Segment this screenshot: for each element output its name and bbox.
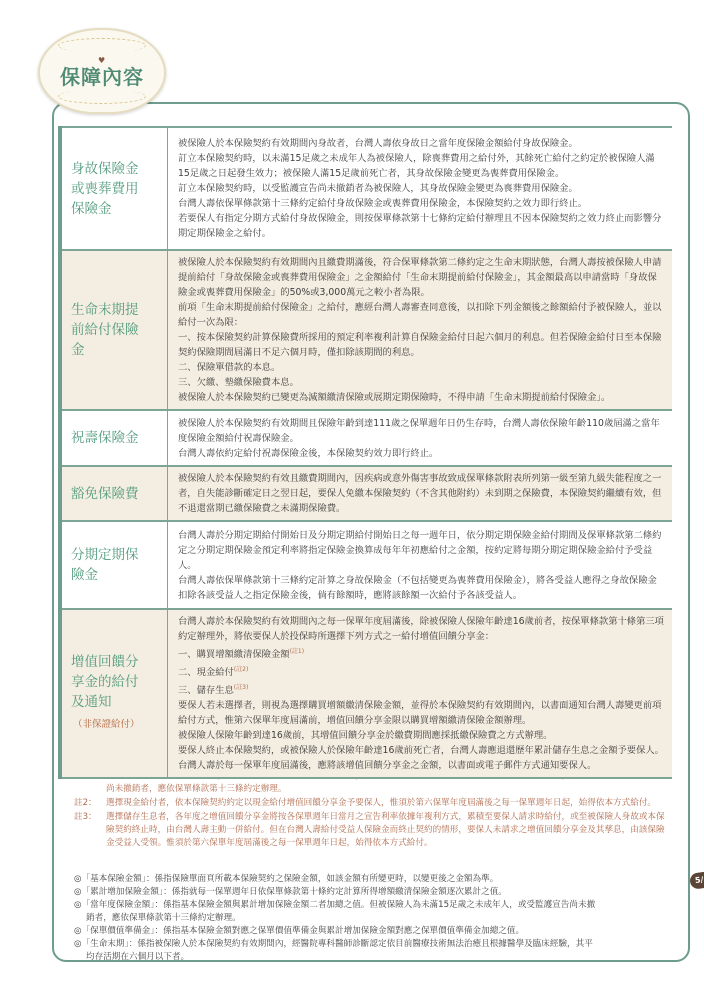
desc-paragraph: 被保險人保險年齡到達16歲前，其增值回饋分享金於繳費期間應採抵繳保險費之方式辦理… bbox=[178, 728, 664, 743]
desc-paragraph: 台灣人壽依保單條款第十三條約定計算之身故保險金（不包括變更為喪葬費用保險金），將… bbox=[178, 573, 664, 603]
desc-paragraph: 台灣人壽依保單條款第十三條約定給付身故保險金或喪葬費用保險金，本保險契約之效力即… bbox=[178, 196, 664, 211]
bullet-icon: ◎ bbox=[74, 874, 82, 884]
footnote-mark: (註1) bbox=[290, 648, 305, 655]
table-row: 身故保險金 或喪葬費用 保險金 被保險人於本保險契約有效期間內身故者，台灣人壽依… bbox=[60, 127, 672, 250]
row-label: 增值回饋分 享金的給付 及通知 （非保證給付） bbox=[60, 609, 168, 778]
row-label: 生命末期提 前給付保險 金 bbox=[60, 250, 168, 410]
footnote-key: 註2： bbox=[74, 797, 106, 810]
definition-item: ◎「生命末期」：係指被保險人於本保險契約有效期間內，經醫院專科醫師診斷認定依目前… bbox=[74, 938, 674, 964]
label-line: 祝壽保險金 bbox=[71, 430, 139, 446]
definition-term: 「累計增加保險金額」 bbox=[82, 887, 164, 897]
definition-item: ◎「保單價值準備金」：係指基本保險金額對應之保單價值準備金與累計增加保險金額對應… bbox=[74, 925, 674, 938]
definition-term: 「基本保險金額」 bbox=[82, 874, 146, 884]
option-item: 二、現金給付(註2) bbox=[178, 662, 664, 680]
label-line: 及通知 bbox=[71, 694, 112, 710]
definition-term: 「保單價值準備金」 bbox=[82, 926, 155, 936]
non-guaranteed-note: （非保證給付） bbox=[71, 715, 163, 735]
footnote-mark: (註3) bbox=[234, 684, 249, 691]
label-line: 分期定期保 bbox=[71, 547, 139, 563]
definition-term: 「生命末期」 bbox=[82, 939, 129, 949]
definition-text: ：係指被保險人於本保險契約有效期間內，經醫院專科醫師診斷認定依目前醫療技術無法治… bbox=[129, 939, 593, 949]
desc-paragraph: 被保險人於本保險契約有效期間且保險年齡到達111歲之保單週年日仍生存時，台灣人壽… bbox=[178, 416, 664, 446]
label-line: 保險金 bbox=[71, 201, 112, 217]
definition-item: ◎「基本保險金額」：係指保險單面頁所載本保險契約之保險金額，如該金額有所變更時，… bbox=[74, 873, 674, 886]
label-line: 豁免保險費 bbox=[71, 486, 139, 502]
table-row: 祝壽保險金 被保險人於本保險契約有效期間且保險年齡到達111歲之保單週年日仍生存… bbox=[60, 410, 672, 466]
label-line: 前給付保險 bbox=[71, 322, 139, 338]
definitions: ◎「基本保險金額」：係指保險單面頁所載本保險契約之保險金額，如該金額有所變更時，… bbox=[74, 873, 674, 964]
desc-paragraph: 一、按本保險契約計算保險費所採用的預定利率複利計算自保險金給付日起六個月的利息。… bbox=[178, 330, 664, 360]
desc-paragraph: 台灣人壽於每一保單年度屆滿後，應將該增值回饋分享金之金額，以書面或電子郵件方式通… bbox=[178, 758, 664, 773]
bullet-icon: ◎ bbox=[74, 926, 82, 936]
option-item: 一、購買增額繳清保險金額(註1) bbox=[178, 644, 664, 662]
bullet-icon: ◎ bbox=[74, 887, 82, 897]
desc-paragraph: 前項「生命末期提前給付保險金」之給付，應經台灣人壽審查同意後，以扣除下列金額後之… bbox=[178, 300, 664, 330]
benefits-table: 身故保險金 或喪葬費用 保險金 被保險人於本保險契約有效期間內身故者，台灣人壽依… bbox=[58, 126, 672, 779]
footnote-2: 註2： 選擇現金給付者，依本保險契約約定以現金給付增值回饋分享金予要保人，惟須於… bbox=[74, 797, 670, 810]
footnote-text: 選擇儲存生息者，各年度之增值回饋分享金將按各保單週年日當月之宣告利率依據年複利方… bbox=[106, 811, 670, 850]
row-description: 被保險人於本保險契約有效期間內身故者，台灣人壽依身故日之當年度保險金額給付身故保… bbox=[168, 127, 673, 250]
definition-continuation: 均存活期在六個月以下者。 bbox=[74, 951, 674, 964]
footnotes: 註1： 選擇購買增額繳清保險金額者，以增值回饋分享金為躉繳純保險費，計算自該保單… bbox=[74, 770, 670, 851]
row-description: 被保險人於本保險契約有效期間內且繳費期滿後，符合保單條款第二條約定之生命末期狀態… bbox=[168, 250, 673, 410]
label-line: 生命末期提 bbox=[71, 302, 139, 318]
page-number-tab: 5/ bbox=[689, 870, 704, 890]
definition-text: ：係指基本保險金額對應之保單價值準備金與累計增加保險金額對應之保單價值準備金加總… bbox=[155, 926, 525, 936]
row-description: 台灣人壽於本保險契約有效期間內之每一保單年度屆滿後，除被保險人保險年齡達16歲前… bbox=[168, 609, 673, 778]
desc-paragraph: 若要保人有指定分期方式給付身故保險金，則按保單條款第十七條約定給付辦理且不因本保… bbox=[178, 211, 664, 241]
desc-paragraph: 被保險人於本保險契約有效且繳費期間內，因疾病或意外傷害事故致成保單條款附表所列第… bbox=[178, 471, 664, 516]
definition-item: ◎「累計增加保險金額」：係指就每一保單週年日依保單條款第十條約定計算所得增額繳清… bbox=[74, 886, 674, 899]
label-line: 享金的給付 bbox=[71, 674, 139, 690]
table-row: 生命末期提 前給付保險 金 被保險人於本保險契約有效期間內且繳費期滿後，符合保單… bbox=[60, 250, 672, 410]
option-item: 三、儲存生息(註3) bbox=[178, 680, 664, 698]
footnote-key: 註3： bbox=[74, 811, 106, 850]
ornament-heart-icon: ♥ bbox=[98, 56, 105, 65]
footnote-text: 選擇現金給付者，依本保險契約約定以現金給付增值回饋分享金予要保人，惟須於第六保單… bbox=[106, 797, 656, 810]
desc-paragraph: 台灣人壽依約定給付祝壽保險金後，本保險契約效力即行終止。 bbox=[178, 446, 664, 461]
desc-paragraph: 被保險人於本保險契約已變更為減額繳清保險或展期定期保險時，不得申請「生命末期提前… bbox=[178, 390, 664, 405]
bullet-icon: ◎ bbox=[74, 900, 82, 910]
label-line: 金 bbox=[71, 342, 85, 358]
section-title-badge: ♥ 保障內容 bbox=[38, 28, 166, 114]
row-description: 被保險人於本保險契約有效期間且保險年齡到達111歲之保單週年日仍生存時，台灣人壽… bbox=[168, 410, 673, 466]
option-label: 三、儲存生息 bbox=[178, 685, 234, 696]
option-label: 二、現金給付 bbox=[178, 667, 234, 678]
row-description: 台灣人壽於分期定期給付開始日及分期定期給付開始日之每一週年日，依分期定期保險金給… bbox=[168, 521, 673, 609]
definition-item: ◎「當年度保險金額」：係指基本保險金額與累計增加保險金額二者加總之值。但被保險人… bbox=[74, 899, 674, 925]
desc-paragraph: 訂立本保險契約時，以未滿15足歲之未成年人為被保險人，除喪葬費用之給付外，其餘死… bbox=[178, 151, 664, 181]
desc-paragraph: 被保險人於本保險契約有效期間內身故者，台灣人壽依身故日之當年度保險金額給付身故保… bbox=[178, 136, 664, 151]
label-line: 身故保險金 bbox=[71, 161, 139, 177]
table-row: 豁免保險費 被保險人於本保險契約有效且繳費期間內，因疾病或意外傷害事故致成保單條… bbox=[60, 466, 672, 521]
desc-paragraph: 台灣人壽於本保險契約有效期間內之每一保單年度屆滿後，除被保險人保險年齡達16歲前… bbox=[178, 614, 664, 644]
table-row: 分期定期保 險金 台灣人壽於分期定期給付開始日及分期定期給付開始日之每一週年日，… bbox=[60, 521, 672, 609]
bullet-icon: ◎ bbox=[74, 939, 82, 949]
row-label: 祝壽保險金 bbox=[60, 410, 168, 466]
definition-continuation: 銷者，應依保單條款第十三條約定辦理。 bbox=[74, 912, 674, 925]
desc-paragraph: 台灣人壽於分期定期給付開始日及分期定期給付開始日之每一週年日，依分期定期保險金給… bbox=[178, 528, 664, 573]
option-label: 一、購買增額繳清保險金額 bbox=[178, 649, 290, 660]
desc-paragraph: 被保險人於本保險契約有效期間內且繳費期滿後，符合保單條款第二條約定之生命末期狀態… bbox=[178, 255, 664, 300]
table-row: 增值回饋分 享金的給付 及通知 （非保證給付） 台灣人壽於本保險契約有效期間內之… bbox=[60, 609, 672, 778]
row-label: 分期定期保 險金 bbox=[60, 521, 168, 609]
row-description: 被保險人於本保險契約有效且繳費期間內，因疾病或意外傷害事故致成保單條款附表所列第… bbox=[168, 466, 673, 521]
row-label: 身故保險金 或喪葬費用 保險金 bbox=[60, 127, 168, 250]
desc-paragraph: 要保人若未選擇者，則視為選擇購買增額繳清保險金額，並得於本保險契約有效期間內，以… bbox=[178, 698, 664, 728]
definition-text: ：係指就每一保單週年日依保單條款第十條約定計算所得增額繳清保險金額逐次累計之值。 bbox=[163, 887, 507, 897]
label-line: 險金 bbox=[71, 567, 98, 583]
footnote-mark: (註2) bbox=[234, 666, 249, 673]
footnote-3: 註3： 選擇儲存生息者，各年度之增值回饋分享金將按各保單週年日當月之宣告利率依據… bbox=[74, 811, 670, 850]
label-line: 增值回饋分 bbox=[71, 654, 139, 670]
row-label: 豁免保險費 bbox=[60, 466, 168, 521]
desc-paragraph: 三、欠繳、墊繳保險費本息。 bbox=[178, 375, 664, 390]
desc-paragraph: 二、保險單借款的本息。 bbox=[178, 360, 664, 375]
desc-paragraph: 要保人終止本保險契約，或被保險人於保險年齡達16歲前死亡者，台灣人壽應退還歷年累… bbox=[178, 743, 664, 758]
definition-term: 「當年度保險金額」 bbox=[82, 900, 155, 910]
definition-text: ：係指保險單面頁所載本保險契約之保險金額，如該金額有所變更時，以變更後之金額為準… bbox=[146, 874, 498, 884]
desc-paragraph: 訂立本保險契約時，以受監護宣告尚未撤銷者為被保險人，其身故保險金變更為喪葬費用保… bbox=[178, 181, 664, 196]
definition-text: ：係指基本保險金額與累計增加保險金額二者加總之值。但被保險人為未滿15足歲之未成… bbox=[155, 900, 596, 910]
label-line: 或喪葬費用 bbox=[71, 181, 139, 197]
